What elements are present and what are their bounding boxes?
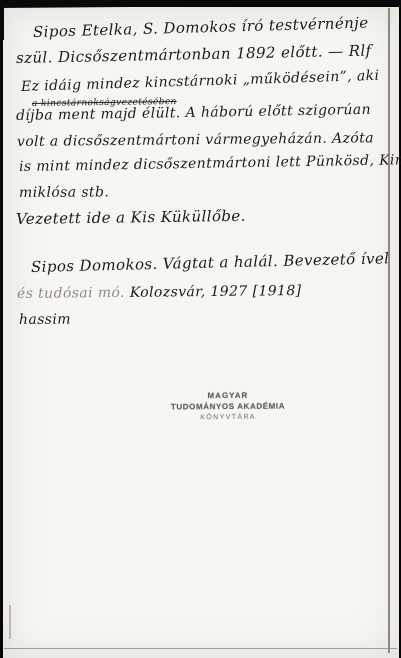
handwritten-line-7: miklósa stb. <box>19 184 109 201</box>
ink-segment: Kolozsvár, 1927 [1918] <box>130 283 302 301</box>
handwritten-line-2: szül. Dicsőszentmártonban 1892 előtt. — … <box>16 42 372 67</box>
scanned-card: Sipos Etelka, S. Domokos író testvérnénj… <box>3 7 399 658</box>
handwritten-line-5: volt a dicsőszentmártoni vármegyeházán. … <box>17 130 374 150</box>
library-stamp: MAGYAR TUDOMÁNYOS AKADÉMIA KÖNYVTÁRA <box>153 390 303 422</box>
handwritten-line-8: Vezetett ide a Kis Küküllőbe. <box>16 207 246 228</box>
handwritten-line-11: hassim <box>19 312 71 328</box>
handwritten-line-1: Sipos Etelka, S. Domokos író testvérnénj… <box>33 14 369 41</box>
handwritten-line-10: és tudósai mó. Kolozsvár, 1927 [1918] <box>17 283 302 302</box>
stamp-line-3: KÖNYVTÁRA <box>153 412 303 422</box>
handwritten-line-6: is mint mindez dicsőszentmártoni lett Pü… <box>19 152 401 175</box>
handwritten-line-9: Sipos Domokos. Vágtat a halál. Bevezető … <box>31 249 390 276</box>
pencil-faint-segment: és tudósai mó. <box>17 285 130 302</box>
scan-border-left <box>0 0 4 40</box>
card-edge-right <box>388 8 390 653</box>
scan-smudge <box>9 605 11 639</box>
card-edge-bottom <box>4 648 397 649</box>
handwritten-line-3: Ez idáig mindez kincstárnoki „működésein… <box>21 68 380 95</box>
